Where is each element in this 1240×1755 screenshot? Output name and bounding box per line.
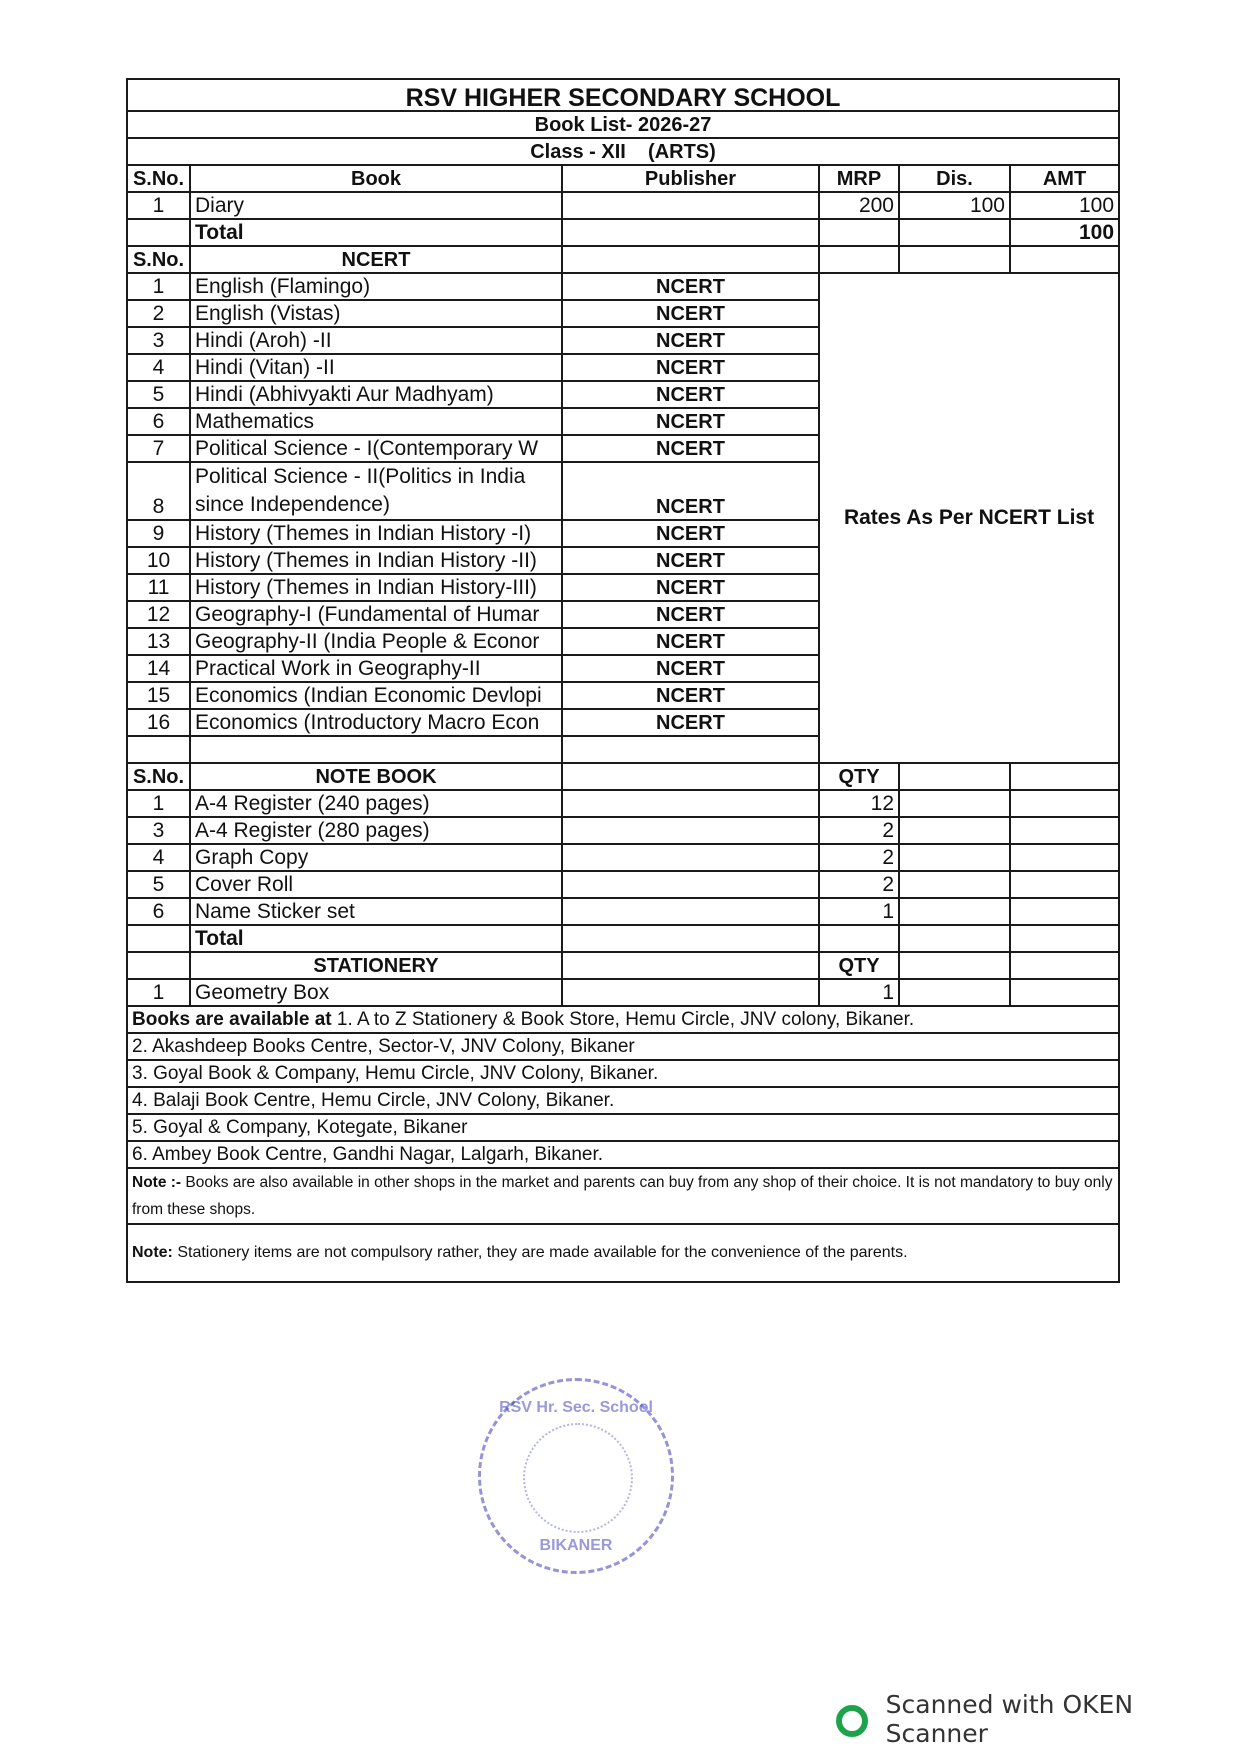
watermark-text: Scanned with OKEN Scanner [886, 1690, 1240, 1748]
shop-row: 5. Goyal & Company, Kotegate, Bikaner [127, 1114, 1119, 1141]
book-title: Geography-I (Fundamental of Humar [190, 601, 562, 628]
publisher: NCERT [562, 354, 819, 381]
ncert-sno-label: S.No. [127, 246, 190, 273]
book-list-table: RSV HIGHER SECONDARY SCHOOL Book List- 2… [126, 78, 1120, 1283]
shop-entry: 6. Ambey Book Centre, Gandhi Nagar, Lalg… [127, 1141, 1119, 1168]
qty-label: QTY [819, 763, 899, 790]
publisher: NCERT [562, 273, 819, 300]
table-row: 1 A-4 Register (240 pages) 12 [127, 790, 1119, 817]
notebook-sno-label: S.No. [127, 763, 190, 790]
publisher: NCERT [562, 462, 819, 520]
note-text: Books are also available in other shops … [132, 1174, 1112, 1218]
stationery-heading: STATIONERY [190, 952, 562, 979]
quantity: 1 [819, 898, 899, 925]
book-title: English (Flamingo) [190, 273, 562, 300]
note-row: Note :- Books are also available in othe… [127, 1168, 1119, 1224]
book-title: Diary [190, 192, 562, 219]
quantity: 2 [819, 871, 899, 898]
sno: 1 [127, 790, 190, 817]
sno: 1 [127, 192, 190, 219]
book-title: History (Themes in Indian History-III) [190, 574, 562, 601]
publisher: NCERT [562, 601, 819, 628]
note-label: Note: [132, 1244, 173, 1261]
total-label: Total [190, 219, 562, 246]
publisher: NCERT [562, 327, 819, 354]
scanner-watermark: Scanned with OKEN Scanner [832, 1690, 1240, 1748]
sno: 15 [127, 682, 190, 709]
rates-note: Rates As Per NCERT List [819, 273, 1119, 763]
book-title: Mathematics [190, 408, 562, 435]
sno: 16 [127, 709, 190, 736]
stationery-header-row: STATIONERY QTY [127, 952, 1119, 979]
note-row: Note: Stationery items are not compulsor… [127, 1224, 1119, 1282]
sno: 12 [127, 601, 190, 628]
publisher: NCERT [562, 547, 819, 574]
ncert-header-row: S.No. NCERT [127, 246, 1119, 273]
book-title: Economics (Indian Economic Devlopi [190, 682, 562, 709]
sno: 1 [127, 273, 190, 300]
sno: 10 [127, 547, 190, 574]
book-title: Economics (Introductory Macro Econ [190, 709, 562, 736]
sno: 8 [127, 462, 190, 520]
shop-1: 1. A to Z Stationery & Book Store, Hemu … [332, 1009, 915, 1030]
qty-label: QTY [819, 952, 899, 979]
table-row: 1 English (Flamingo) NCERTRates As Per N… [127, 273, 1119, 300]
col-sno: S.No. [127, 165, 190, 192]
book-title: History (Themes in Indian History -II) [190, 547, 562, 574]
sno: 13 [127, 628, 190, 655]
shop-row: 3. Goyal Book & Company, Hemu Circle, JN… [127, 1060, 1119, 1087]
publisher: NCERT [562, 435, 819, 462]
sno: 4 [127, 844, 190, 871]
sno: 4 [127, 354, 190, 381]
shop-row: Books are available at 1. A to Z Station… [127, 1006, 1119, 1033]
sno: 11 [127, 574, 190, 601]
publisher: NCERT [562, 381, 819, 408]
item-name: A-4 Register (280 pages) [190, 817, 562, 844]
col-mrp: MRP [819, 165, 899, 192]
book-title: Political Science - II(Politics in India… [190, 462, 562, 520]
book-title: Hindi (Abhivyakti Aur Madhyam) [190, 381, 562, 408]
publisher [562, 192, 819, 219]
col-amt: AMT [1010, 165, 1119, 192]
book-title: Geography-II (India People & Econor [190, 628, 562, 655]
sno: 14 [127, 655, 190, 682]
sno: 3 [127, 327, 190, 354]
seal-top-text: RSV Hr. Sec. School [481, 1399, 671, 1417]
quantity: 1 [819, 979, 899, 1006]
notebook-heading: NOTE BOOK [190, 763, 562, 790]
book-title: Political Science - I(Contemporary W [190, 435, 562, 462]
book-title: Hindi (Aroh) -II [190, 327, 562, 354]
table-row: 1 Diary 200 100 100 [127, 192, 1119, 219]
sno: 2 [127, 300, 190, 327]
publisher: NCERT [562, 300, 819, 327]
col-publisher: Publisher [562, 165, 819, 192]
sno: 5 [127, 871, 190, 898]
table-row: 6 Name Sticker set 1 [127, 898, 1119, 925]
mrp: 200 [819, 192, 899, 219]
quantity: 2 [819, 844, 899, 871]
item-name: A-4 Register (240 pages) [190, 790, 562, 817]
book-list-year: Book List- 2026-27 [127, 111, 1119, 138]
quantity: 2 [819, 817, 899, 844]
publisher: NCERT [562, 655, 819, 682]
ncert-heading: NCERT [190, 246, 562, 273]
notebook-header-row: S.No. NOTE BOOK QTY [127, 763, 1119, 790]
sno: 9 [127, 520, 190, 547]
shop-row: 6. Ambey Book Centre, Gandhi Nagar, Lalg… [127, 1141, 1119, 1168]
school-name: RSV HIGHER SECONDARY SCHOOL [127, 79, 1119, 111]
table-row: 5 Cover Roll 2 [127, 871, 1119, 898]
table-row: 4 Graph Copy 2 [127, 844, 1119, 871]
col-book: Book [190, 165, 562, 192]
sno: 5 [127, 381, 190, 408]
shop-entry: 5. Goyal & Company, Kotegate, Bikaner [127, 1114, 1119, 1141]
sno: 3 [127, 817, 190, 844]
total-label: Total [190, 925, 562, 952]
publisher: NCERT [562, 574, 819, 601]
book-title: Practical Work in Geography-II [190, 655, 562, 682]
item-name: Name Sticker set [190, 898, 562, 925]
item-name: Geometry Box [190, 979, 562, 1006]
note-label: Note :- [132, 1174, 181, 1191]
sno: 7 [127, 435, 190, 462]
publisher: NCERT [562, 628, 819, 655]
shop-row: 4. Balaji Book Centre, Hemu Circle, JNV … [127, 1087, 1119, 1114]
shop-entry: 2. Akashdeep Books Centre, Sector-V, JNV… [127, 1033, 1119, 1060]
sno: 6 [127, 408, 190, 435]
class-label: Class - XII (ARTS) [127, 138, 1119, 165]
column-header-row: S.No. Book Publisher MRP Dis. AMT [127, 165, 1119, 192]
book-title: Hindi (Vitan) -II [190, 354, 562, 381]
publisher: NCERT [562, 709, 819, 736]
publisher: NCERT [562, 682, 819, 709]
seal-emblem [523, 1423, 633, 1533]
total-amount: 100 [1010, 219, 1119, 246]
amount: 100 [1010, 192, 1119, 219]
item-name: Graph Copy [190, 844, 562, 871]
discount: 100 [899, 192, 1010, 219]
item-name: Cover Roll [190, 871, 562, 898]
sno: 1 [127, 979, 190, 1006]
shops-intro: Books are available at [132, 1009, 332, 1030]
book-list-sheet: RSV HIGHER SECONDARY SCHOOL Book List- 2… [126, 78, 1118, 1283]
oken-logo-icon [832, 1699, 872, 1739]
publisher: NCERT [562, 520, 819, 547]
school-seal: RSV Hr. Sec. School BIKANER [478, 1378, 674, 1574]
quantity: 12 [819, 790, 899, 817]
total-row: Total 100 [127, 219, 1119, 246]
shop-row: 2. Akashdeep Books Centre, Sector-V, JNV… [127, 1033, 1119, 1060]
table-row: 1 Geometry Box 1 [127, 979, 1119, 1006]
col-dis: Dis. [899, 165, 1010, 192]
shop-entry: 4. Balaji Book Centre, Hemu Circle, JNV … [127, 1087, 1119, 1114]
note-text: Stationery items are not compulsory rath… [173, 1244, 908, 1261]
table-row: 3 A-4 Register (280 pages) 2 [127, 817, 1119, 844]
publisher: NCERT [562, 408, 819, 435]
notebook-total-row: Total [127, 925, 1119, 952]
book-title: English (Vistas) [190, 300, 562, 327]
shop-entry: 3. Goyal Book & Company, Hemu Circle, JN… [127, 1060, 1119, 1087]
sno: 6 [127, 898, 190, 925]
book-title: History (Themes in Indian History -I) [190, 520, 562, 547]
seal-bottom-text: BIKANER [481, 1537, 671, 1555]
